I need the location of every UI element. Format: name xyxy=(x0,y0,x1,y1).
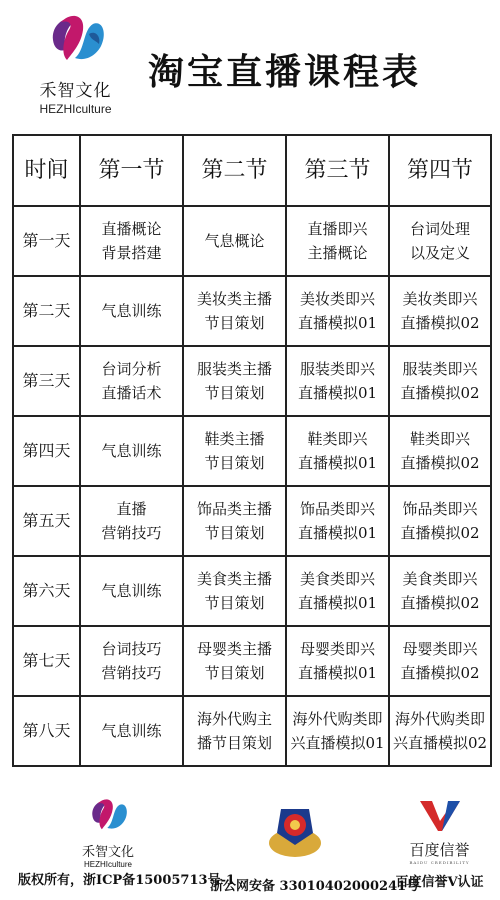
police-record-text: 浙公网安备 33010402000241号 xyxy=(210,875,380,894)
course-text-line: 美食类即兴 xyxy=(390,567,490,591)
course-text-line: 美妆类即兴 xyxy=(287,287,388,311)
course-text-line: 直播模拟01 xyxy=(287,311,388,335)
session-3-cell: 美食类即兴直播模拟01 xyxy=(286,556,389,626)
course-text-line: 节目策划 xyxy=(184,311,285,335)
police-badge-icon xyxy=(267,803,323,861)
brand-name-cn: 禾智文化 xyxy=(28,76,123,101)
day-label: 第一天 xyxy=(13,206,80,276)
table-row: 第三天台词分析直播话术服装类主播节目策划服装类即兴直播模拟01服装类即兴直播模拟… xyxy=(13,346,491,416)
course-text-line: 海外代购类即 xyxy=(390,707,490,731)
session-3-cell: 美妆类即兴直播模拟01 xyxy=(286,276,389,346)
session-1-cell: 气息训练 xyxy=(80,416,183,486)
session-1-cell: 台词技巧营销技巧 xyxy=(80,626,183,696)
course-text-line: 美食类主播 xyxy=(184,567,285,591)
table-row: 第六天气息训练美食类主播节目策划美食类即兴直播模拟01美食类即兴直播模拟02 xyxy=(13,556,491,626)
session-3-cell: 海外代购类即兴直播模拟01 xyxy=(286,696,389,766)
course-text-line: 背景搭建 xyxy=(81,241,182,265)
course-text-line: 直播模拟01 xyxy=(287,451,388,475)
session-2-cell: 饰品类主播节目策划 xyxy=(183,486,286,556)
course-text-line: 饰品类即兴 xyxy=(390,497,490,521)
course-text-line: 直播模拟01 xyxy=(287,591,388,615)
session-4-cell: 母婴类即兴直播模拟02 xyxy=(389,626,491,696)
brand-name-en: HEZHIculture xyxy=(28,102,123,116)
footer-police-block: 浙公网安备 33010402000241号 xyxy=(210,803,380,894)
course-text-line: 直播模拟02 xyxy=(390,661,490,685)
day-label: 第三天 xyxy=(13,346,80,416)
course-text-line: 直播模拟02 xyxy=(390,451,490,475)
course-text-line: 气息训练 xyxy=(81,299,182,323)
session-2-cell: 气息概论 xyxy=(183,206,286,276)
session-2-cell: 海外代购主播节目策划 xyxy=(183,696,286,766)
brand-logo-small-icon xyxy=(87,795,129,835)
day-label: 第八天 xyxy=(13,696,80,766)
course-text-line: 直播即兴 xyxy=(287,217,388,241)
session-4-cell: 饰品类即兴直播模拟02 xyxy=(389,486,491,556)
table-row: 第五天直播营销技巧饰品类主播节目策划饰品类即兴直播模拟01饰品类即兴直播模拟02 xyxy=(13,486,491,556)
session-4-cell: 台词处理以及定义 xyxy=(389,206,491,276)
header-session-1: 第一节 xyxy=(80,135,183,206)
course-text-line: 节目策划 xyxy=(184,661,285,685)
session-3-cell: 服装类即兴直播模拟01 xyxy=(286,346,389,416)
course-text-line: 服装类即兴 xyxy=(287,357,388,381)
course-text-line: 节目策划 xyxy=(184,591,285,615)
footer-copyright-block: 禾智文化 HEZHIculture 版权所有，浙ICP备15005713号-1 xyxy=(18,795,198,888)
course-text-line: 直播模拟01 xyxy=(287,381,388,405)
session-4-cell: 海外代购类即兴直播模拟02 xyxy=(389,696,491,766)
session-4-cell: 鞋类即兴直播模拟02 xyxy=(389,416,491,486)
course-text-line: 直播概论 xyxy=(81,217,182,241)
course-text-line: 直播话术 xyxy=(81,381,182,405)
course-text-line: 母婴类即兴 xyxy=(390,637,490,661)
course-text-line: 台词技巧 xyxy=(81,637,182,661)
table-row: 第二天气息训练美妆类主播节目策划美妆类即兴直播模拟01美妆类即兴直播模拟02 xyxy=(13,276,491,346)
course-text-line: 直播模拟02 xyxy=(390,591,490,615)
course-text-line: 鞋类即兴 xyxy=(287,427,388,451)
day-label: 第二天 xyxy=(13,276,80,346)
brand-logo-icon xyxy=(45,10,107,68)
copyright-text: 版权所有，浙ICP备15005713号-1 xyxy=(18,869,198,888)
course-text-line: 直播模拟02 xyxy=(390,521,490,545)
course-text-line: 海外代购主 xyxy=(184,707,285,731)
course-text-line: 服装类即兴 xyxy=(390,357,490,381)
header-session-4: 第四节 xyxy=(389,135,491,206)
course-text-line: 服装类主播 xyxy=(184,357,285,381)
course-text-line: 直播模拟02 xyxy=(390,311,490,335)
day-label: 第五天 xyxy=(13,486,80,556)
footer-brand-cn: 禾智文化 xyxy=(18,841,198,860)
session-1-cell: 气息训练 xyxy=(80,556,183,626)
page-title: 淘宝直播课程表 xyxy=(148,44,421,95)
session-3-cell: 母婴类即兴直播模拟01 xyxy=(286,626,389,696)
baidu-name-cn: 百度信誉 xyxy=(392,839,487,860)
course-text-line: 海外代购类即 xyxy=(287,707,388,731)
session-2-cell: 鞋类主播节目策划 xyxy=(183,416,286,486)
course-text-line: 气息训练 xyxy=(81,719,182,743)
session-4-cell: 美食类即兴直播模拟02 xyxy=(389,556,491,626)
session-2-cell: 母婴类主播节目策划 xyxy=(183,626,286,696)
course-text-line: 主播概论 xyxy=(287,241,388,265)
course-text-line: 台词处理 xyxy=(390,217,490,241)
session-3-cell: 饰品类即兴直播模拟01 xyxy=(286,486,389,556)
baidu-v-icon xyxy=(418,799,462,833)
course-text-line: 饰品类即兴 xyxy=(287,497,388,521)
session-3-cell: 直播即兴主播概论 xyxy=(286,206,389,276)
course-text-line: 鞋类即兴 xyxy=(390,427,490,451)
course-text-line: 节目策划 xyxy=(184,521,285,545)
table-row: 第八天气息训练海外代购主播节目策划海外代购类即兴直播模拟01海外代购类即兴直播模… xyxy=(13,696,491,766)
course-text-line: 直播 xyxy=(81,497,182,521)
header-session-2: 第二节 xyxy=(183,135,286,206)
course-text-line: 气息训练 xyxy=(81,579,182,603)
footer: 禾智文化 HEZHIculture 版权所有，浙ICP备15005713号-1 … xyxy=(0,795,500,900)
course-text-line: 节目策划 xyxy=(184,451,285,475)
session-2-cell: 美食类主播节目策划 xyxy=(183,556,286,626)
course-text-line: 播节目策划 xyxy=(184,731,285,755)
course-text-line: 饰品类主播 xyxy=(184,497,285,521)
course-text-line: 气息训练 xyxy=(81,439,182,463)
session-3-cell: 鞋类即兴直播模拟01 xyxy=(286,416,389,486)
course-text-line: 以及定义 xyxy=(390,241,490,265)
table-body: 第一天直播概论背景搭建气息概论直播即兴主播概论台词处理以及定义第二天气息训练美妆… xyxy=(13,206,491,766)
course-text-line: 气息概论 xyxy=(184,229,285,253)
course-text-line: 兴直播模拟02 xyxy=(390,731,490,755)
course-text-line: 营销技巧 xyxy=(81,661,182,685)
course-text-line: 母婴类主播 xyxy=(184,637,285,661)
day-label: 第六天 xyxy=(13,556,80,626)
baidu-name-en: BAIDU CREDIBILITY xyxy=(392,860,487,865)
table-row: 第四天气息训练鞋类主播节目策划鞋类即兴直播模拟01鞋类即兴直播模拟02 xyxy=(13,416,491,486)
header-session-3: 第三节 xyxy=(286,135,389,206)
footer-brand-en: HEZHIculture xyxy=(18,860,198,869)
session-4-cell: 美妆类即兴直播模拟02 xyxy=(389,276,491,346)
course-text-line: 直播模拟01 xyxy=(287,661,388,685)
session-1-cell: 气息训练 xyxy=(80,696,183,766)
day-label: 第七天 xyxy=(13,626,80,696)
table-header-row: 时间 第一节 第二节 第三节 第四节 xyxy=(13,135,491,206)
session-1-cell: 气息训练 xyxy=(80,276,183,346)
session-2-cell: 服装类主播节目策划 xyxy=(183,346,286,416)
day-label: 第四天 xyxy=(13,416,80,486)
session-2-cell: 美妆类主播节目策划 xyxy=(183,276,286,346)
baidu-verified-text: 百度信誉V认证 xyxy=(392,871,487,890)
course-text-line: 母婴类即兴 xyxy=(287,637,388,661)
table-row: 第七天台词技巧营销技巧母婴类主播节目策划母婴类即兴直播模拟01母婴类即兴直播模拟… xyxy=(13,626,491,696)
course-text-line: 直播模拟02 xyxy=(390,381,490,405)
course-text-line: 美妆类主播 xyxy=(184,287,285,311)
course-text-line: 兴直播模拟01 xyxy=(287,731,388,755)
course-text-line: 美妆类即兴 xyxy=(390,287,490,311)
session-1-cell: 直播营销技巧 xyxy=(80,486,183,556)
course-text-line: 美食类即兴 xyxy=(287,567,388,591)
course-text-line: 节目策划 xyxy=(184,381,285,405)
course-text-line: 鞋类主播 xyxy=(184,427,285,451)
session-4-cell: 服装类即兴直播模拟02 xyxy=(389,346,491,416)
header-time: 时间 xyxy=(13,135,80,206)
brand-logo: 禾智文化 HEZHIculture xyxy=(28,10,123,116)
table-row: 第一天直播概论背景搭建气息概论直播即兴主播概论台词处理以及定义 xyxy=(13,206,491,276)
session-1-cell: 直播概论背景搭建 xyxy=(80,206,183,276)
course-text-line: 台词分析 xyxy=(81,357,182,381)
footer-baidu-block: 百度信誉 BAIDU CREDIBILITY 百度信誉V认证 xyxy=(392,799,487,890)
course-text-line: 直播模拟01 xyxy=(287,521,388,545)
course-text-line: 营销技巧 xyxy=(81,521,182,545)
course-schedule-table: 时间 第一节 第二节 第三节 第四节 第一天直播概论背景搭建气息概论直播即兴主播… xyxy=(12,134,492,767)
session-1-cell: 台词分析直播话术 xyxy=(80,346,183,416)
